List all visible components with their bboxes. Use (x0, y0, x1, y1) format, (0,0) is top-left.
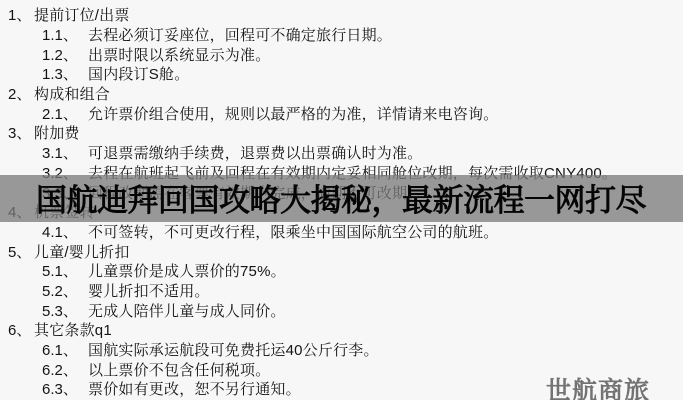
item-number: 1.1、 (42, 24, 88, 45)
term-item-1-2: 1.2、 出票时限以系统显示为准。 (0, 44, 683, 64)
item-text: 提前订位/出票 (34, 4, 130, 25)
item-text: 构成和组合 (34, 83, 110, 104)
item-number: 4.1、 (42, 221, 88, 242)
term-item-1-3: 1.3、 国内段订S舱。 (0, 64, 683, 84)
term-item-1: 1、 提前订位/出票 (0, 5, 683, 25)
term-item-5-2: 5.2、 婴儿折扣不适用。 (0, 281, 683, 301)
brand-watermark: 世航商旅 (546, 371, 650, 400)
item-text: 无成人陪伴儿童与成人同价。 (88, 300, 286, 321)
term-item-3-1: 3.1、 可退票需缴纳手续费，退票费以出票确认时为准。 (0, 143, 683, 163)
item-number: 3.1、 (42, 142, 88, 163)
item-number: 1、 (8, 4, 34, 25)
term-item-1-1: 1.1、 去程必须订妥座位，回程可不确定旅行日期。 (0, 25, 683, 45)
item-number: 6、 (8, 319, 34, 340)
item-text: 国航实际承运航段可免费托运40公斤行李。 (88, 339, 379, 360)
item-number: 6.3、 (42, 378, 88, 399)
term-item-2: 2、 构成和组合 (0, 84, 683, 104)
headline-title: 国航迪拜回国攻略大揭秘，最新流程一网打尽 (36, 184, 683, 217)
item-number: 2.1、 (42, 103, 88, 124)
term-item-6: 6、 其它条款q1 (0, 320, 683, 340)
item-text: 允许票价组合使用，规则以最严格的为准，详情请来电咨询。 (88, 103, 498, 124)
item-text: 儿童/婴儿折扣 (34, 241, 130, 262)
item-text: 婴儿折扣不适用。 (88, 280, 210, 301)
term-item-5-3: 5.3、 无成人陪伴儿童与成人同价。 (0, 300, 683, 320)
item-text: 其它条款q1 (34, 319, 112, 340)
item-text: 儿童票价是成人票价的75%。 (88, 260, 286, 281)
item-number: 6.2、 (42, 359, 88, 380)
item-text: 可退票需缴纳手续费，退票费以出票确认时为准。 (88, 142, 422, 163)
item-number: 5.2、 (42, 280, 88, 301)
item-number: 1.2、 (42, 44, 88, 65)
item-text: 出票时限以系统显示为准。 (88, 44, 270, 65)
term-item-4-1: 4.1、 不可签转，不可更改行程，限乘坐中国国际航空公司的航班。 (0, 222, 683, 242)
fare-rules-screenshot: 1、 提前订位/出票 1.1、 去程必须订妥座位，回程可不确定旅行日期。 1.2… (0, 0, 683, 400)
term-item-5: 5、 儿童/婴儿折扣 (0, 241, 683, 261)
item-number: 3、 (8, 122, 34, 143)
item-text: 去程必须订妥座位，回程可不确定旅行日期。 (88, 24, 392, 45)
item-number: 1.3、 (42, 63, 88, 84)
item-text: 国内段订S舱。 (88, 63, 189, 84)
item-text: 票价如有更改，恕不另行通知。 (88, 378, 301, 399)
item-text: 以上票价不包含任何税项。 (88, 359, 270, 380)
item-text: 不可签转，不可更改行程，限乘坐中国国际航空公司的航班。 (88, 221, 498, 242)
item-number: 5、 (8, 241, 34, 262)
term-item-3: 3、 附加费 (0, 123, 683, 143)
item-number: 5.1、 (42, 260, 88, 281)
item-number: 6.1、 (42, 339, 88, 360)
term-item-6-1: 6.1、 国航实际承运航段可免费托运40公斤行李。 (0, 340, 683, 360)
term-item-2-1: 2.1、 允许票价组合使用，规则以最严格的为准，详情请来电咨询。 (0, 103, 683, 123)
term-item-5-1: 5.1、 儿童票价是成人票价的75%。 (0, 261, 683, 281)
item-number: 2、 (8, 83, 34, 104)
item-text: 附加费 (34, 122, 80, 143)
item-number: 5.3、 (42, 300, 88, 321)
